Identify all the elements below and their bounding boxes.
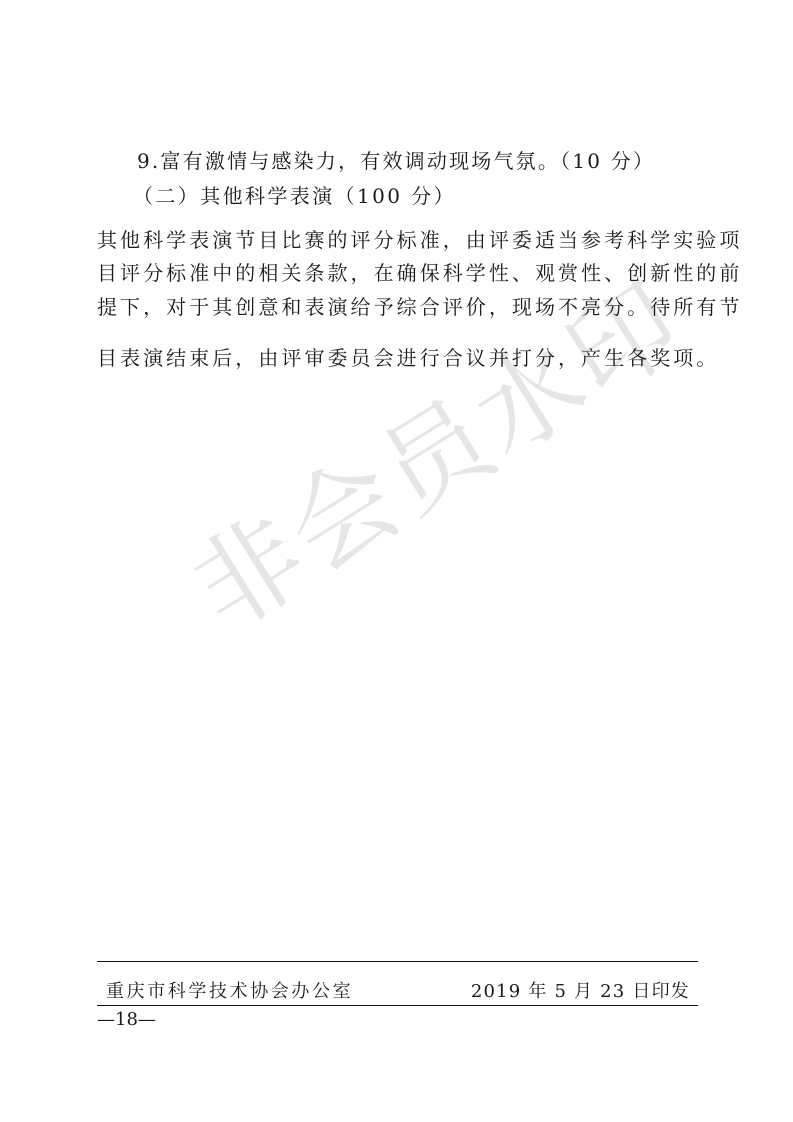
body-paragraph-line: 目表演结束后，由评审委员会进行合议并打分，产生各奖项。 [97,342,697,371]
section-heading: （二）其他科学表演（100 分） [133,180,456,209]
issuer-name: 重庆市科学技术协会办公室 [106,977,353,1003]
issue-date: 2019 年 5 月 23 日印发 [471,977,690,1003]
body-paragraph-line: 其他科学表演节目比赛的评分标准，由评委适当参考科学实验项 [97,224,697,253]
body-paragraph-line: 提下，对于其创意和表演给予综合评价，现场不亮分。待所有节 [97,291,697,320]
scoring-item-9: 9.富有激情与感染力，有效调动现场气氛。（10 分） [137,145,655,174]
page-number: —18— [97,1009,156,1030]
footer-rule-bottom [97,1005,698,1006]
footer-rule-top [97,961,698,962]
body-paragraph-line: 目评分标准中的相关条款，在确保科学性、观赏性、创新性的前 [97,257,697,286]
